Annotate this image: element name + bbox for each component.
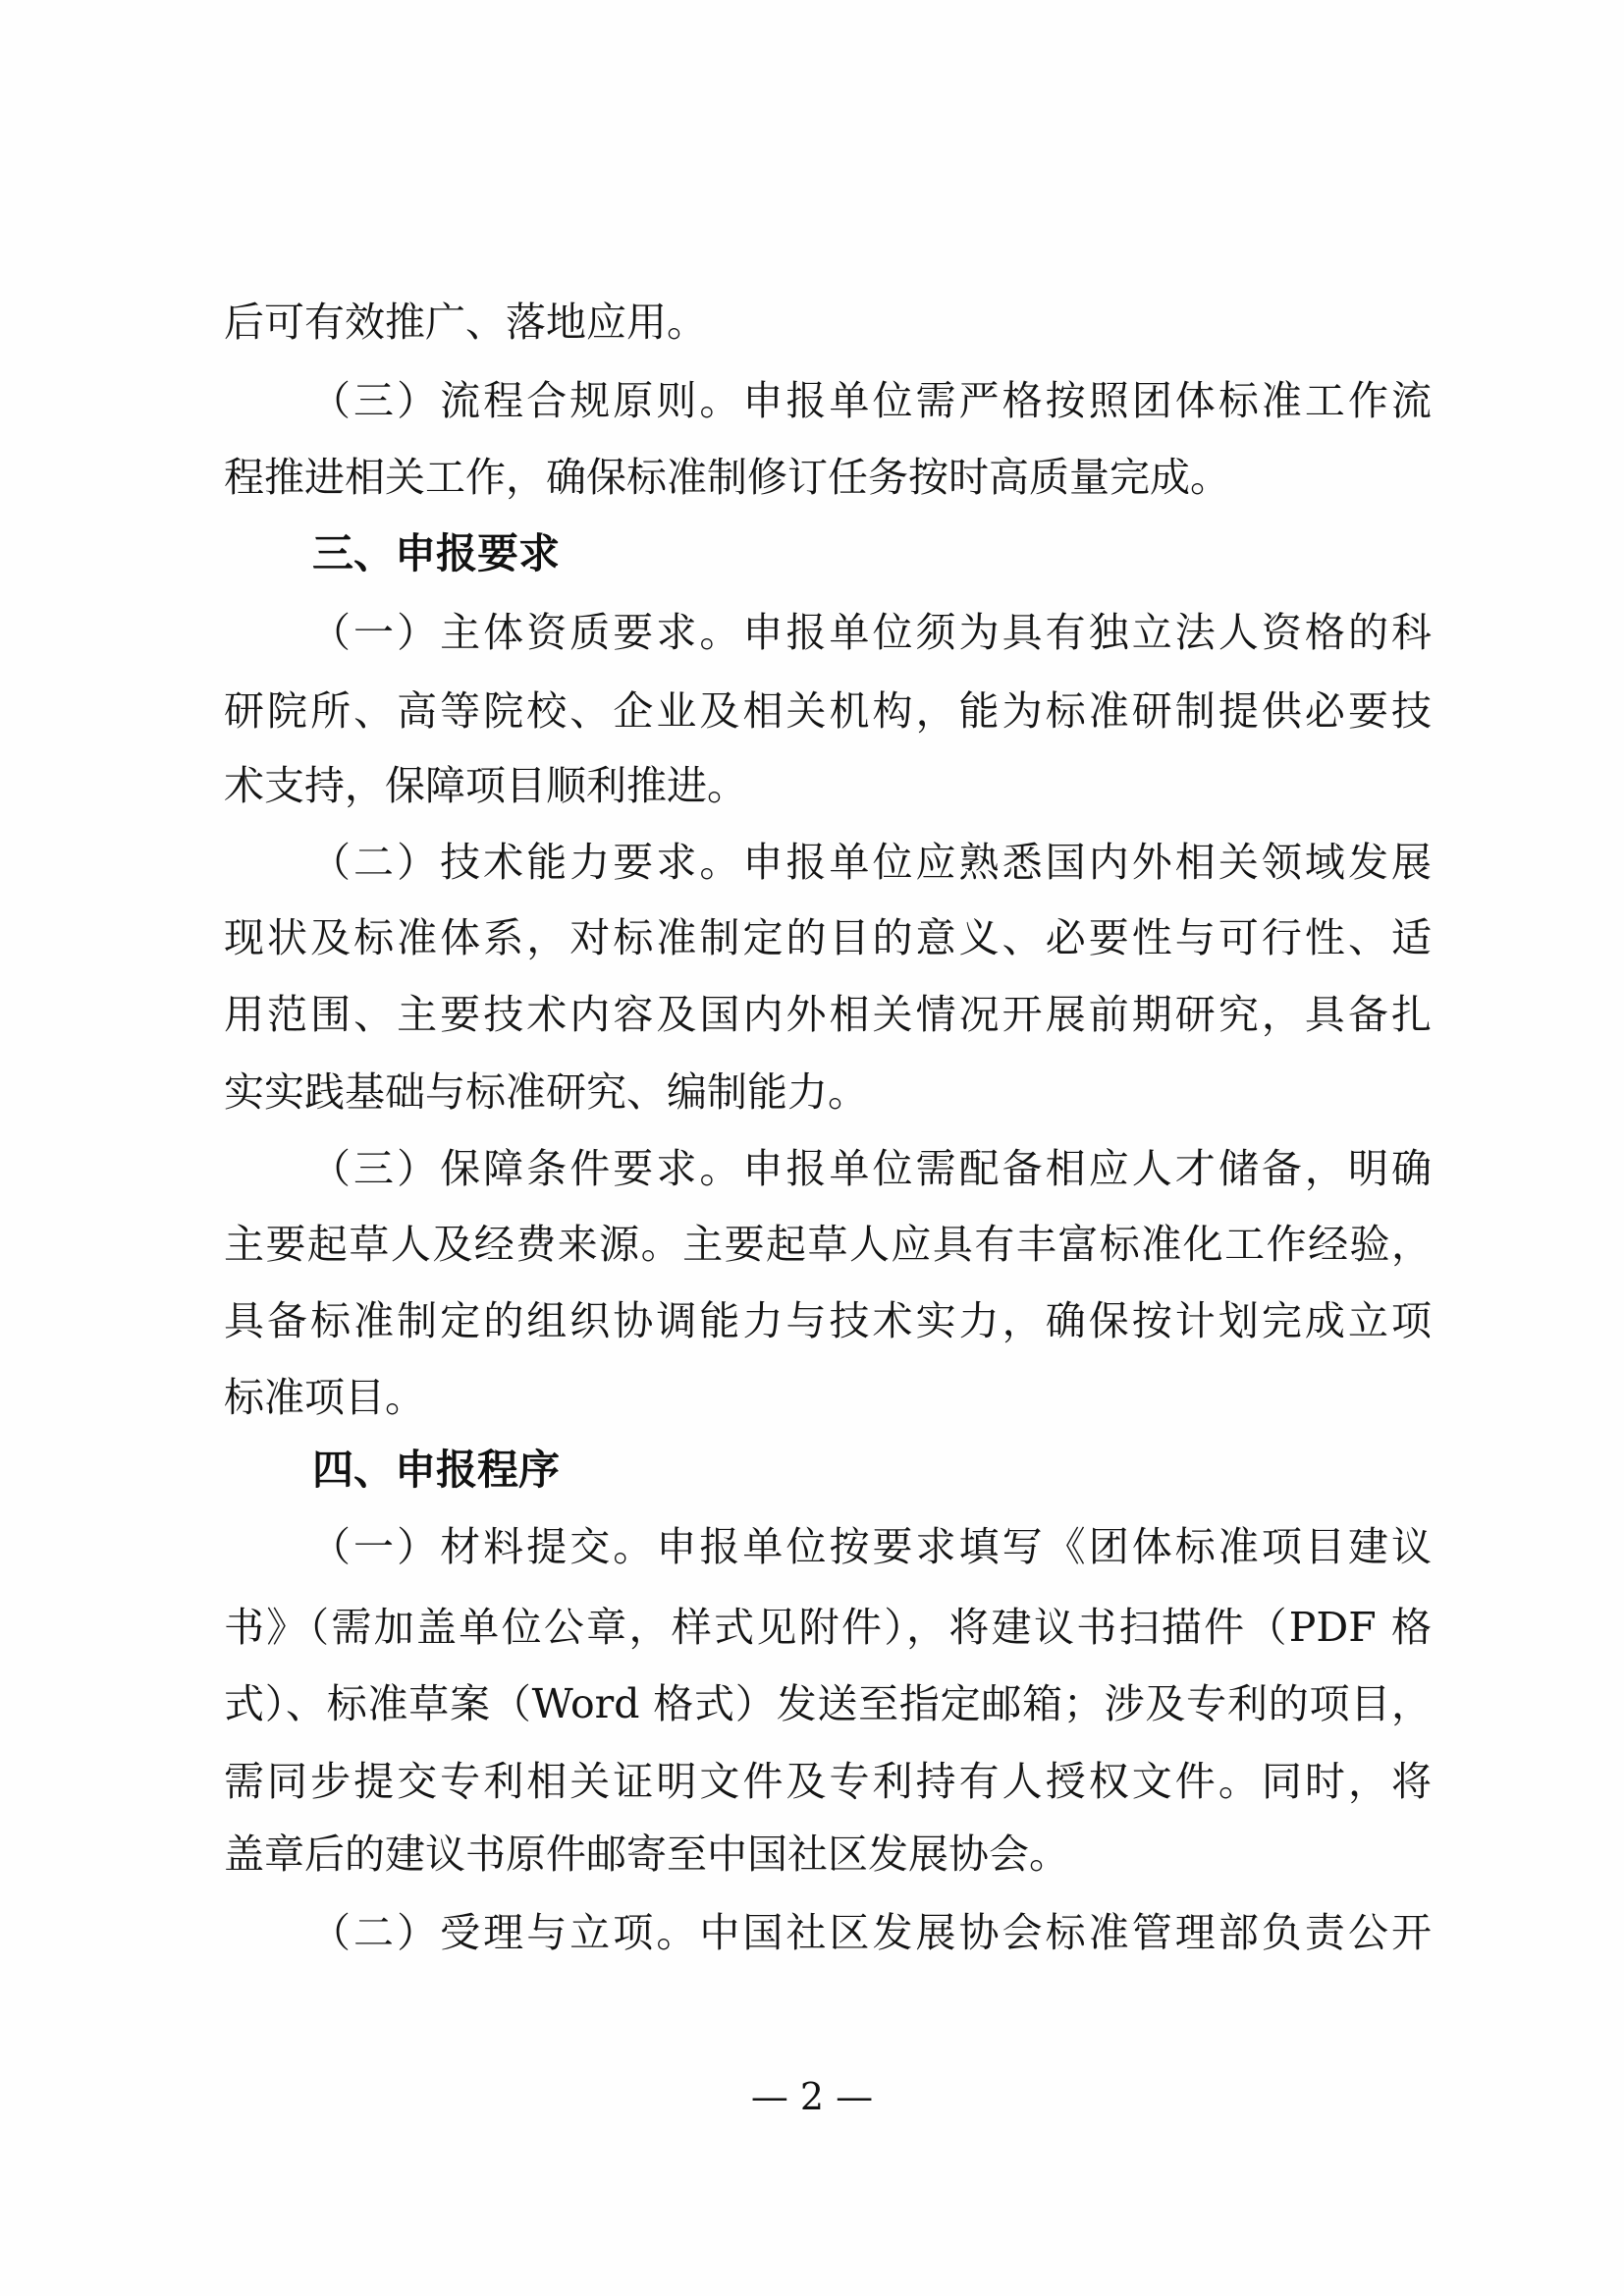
paragraph-line: 研院所、高等院校、企业及相关机构，能为标准研制提供必要技 — [224, 682, 1432, 740]
paragraph-line: （三）保障条件要求。申报单位需配备相应人才储备，明确 — [310, 1139, 1432, 1198]
paragraph-line: 用范围、主要技术内容及国内外相关情况开展前期研究，具备扎 — [224, 985, 1432, 1044]
paragraph-line: 盖章后的建议书原件邮寄至中国社区发展协会。 — [224, 1825, 1432, 1884]
paragraph-line: （一）材料提交。申报单位按要求填写《团体标准项目建议 — [310, 1517, 1432, 1576]
paragraph-line: 标准项目。 — [224, 1368, 1432, 1427]
paragraph-line: （三）流程合规原则。申报单位需严格按照团体标准工作流 — [310, 371, 1432, 430]
paragraph-line: 式）、标准草案（Word 格式）发送至指定邮箱；涉及专利的项目， — [224, 1674, 1432, 1733]
page-number: — 2 — — [0, 2067, 1624, 2126]
section-heading-4: 四、申报程序 — [312, 1441, 560, 1500]
paragraph-line: 实实践基础与标准研究、编制能力。 — [224, 1063, 1432, 1121]
section-heading-3: 三、申报要求 — [312, 524, 560, 583]
paragraph-line: 后可有效推广、落地应用。 — [224, 293, 1432, 352]
paragraph-line: （二）技术能力要求。申报单位应熟悉国内外相关领域发展 — [310, 833, 1432, 892]
paragraph-line: 需同步提交专利相关证明文件及专利持有人授权文件。同时，将 — [224, 1752, 1432, 1811]
paragraph-line: 具备标准制定的组织协调能力与技术实力，确保按计划完成立项 — [224, 1291, 1432, 1350]
document-page: 后可有效推广、落地应用。 （三）流程合规原则。申报单位需严格按照团体标准工作流 … — [0, 0, 1624, 2296]
paragraph-line: （二）受理与立项。中国社区发展协会标准管理部负责公开 — [310, 1903, 1432, 1962]
paragraph-line: 术支持，保障项目顺利推进。 — [224, 756, 1432, 815]
paragraph-line: 书》（需加盖单位公章，样式见附件），将建议书扫描件（PDF 格 — [224, 1598, 1432, 1657]
paragraph-line: 程推进相关工作，确保标准制修订任务按时高质量完成。 — [224, 448, 1432, 507]
paragraph-line: 现状及标准体系，对标准制定的目的意义、必要性与可行性、适 — [224, 908, 1432, 967]
paragraph-line: （一）主体资质要求。申报单位须为具有独立法人资格的科 — [310, 603, 1432, 662]
paragraph-line: 主要起草人及经费来源。主要起草人应具有丰富标准化工作经验， — [224, 1215, 1432, 1274]
